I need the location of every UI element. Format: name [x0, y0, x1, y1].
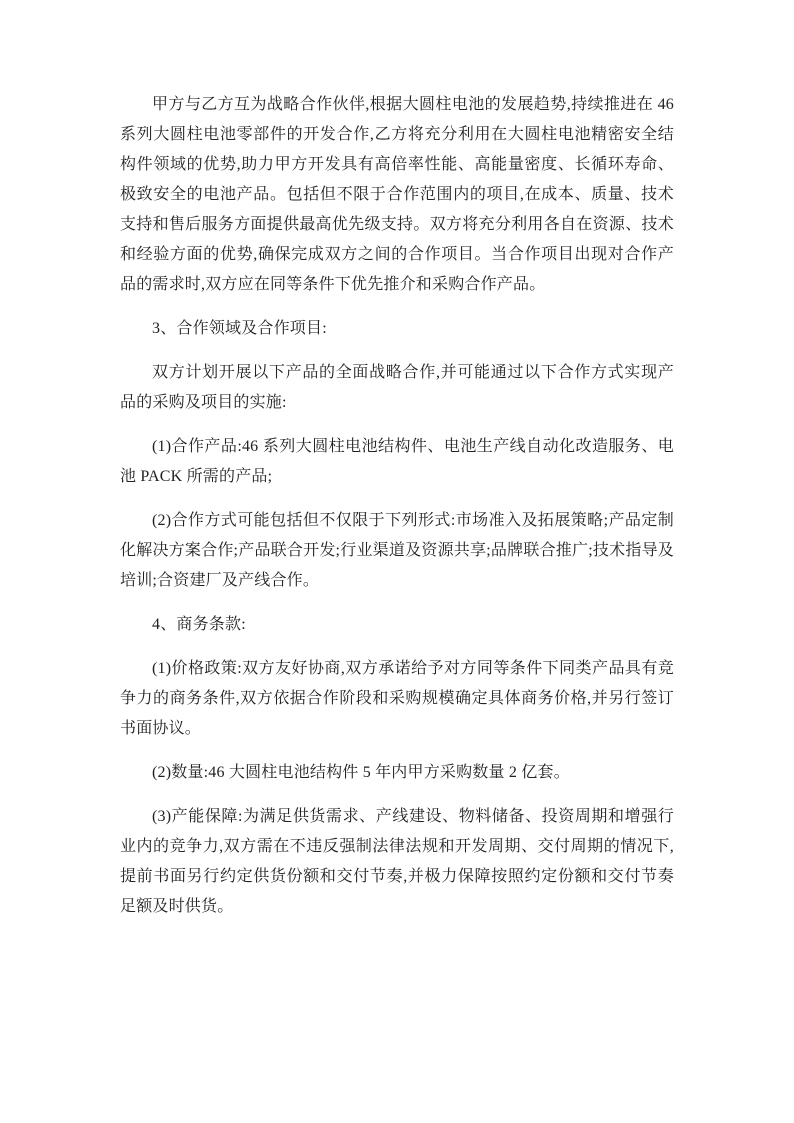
- paragraph-cooperation-plan-intro: 双方计划开展以下产品的全面战略合作,并可能通过以下合作方式实现产品的采购及项目的…: [120, 358, 674, 418]
- list-item-capacity-guarantee: (3)产能保障:为满足供货需求、产线建设、物料储备、投资周期和增强行业内的竞争力…: [120, 802, 674, 922]
- list-item-quantity: (2)数量:46 大圆柱电池结构件 5 年内甲方采购数量 2 亿套。: [120, 758, 674, 788]
- section-heading-commercial-terms: 4、商务条款:: [120, 610, 674, 640]
- document-content: 甲方与乙方互为战略合作伙伴,根据大圆柱电池的发展趋势,持续推进在 46 系列大圆…: [120, 90, 674, 936]
- list-item-cooperation-products: (1)合作产品:46 系列大圆柱电池结构件、电池生产线自动化改造服务、电池 PA…: [120, 432, 674, 492]
- list-item-price-policy: (1)价格政策:双方友好协商,双方承诺给予对方同等条件下同类产品具有竞争力的商务…: [120, 654, 674, 744]
- section-heading-cooperation-areas: 3、合作领域及合作项目:: [120, 314, 674, 344]
- paragraph-strategic-partnership-overview: 甲方与乙方互为战略合作伙伴,根据大圆柱电池的发展趋势,持续推进在 46 系列大圆…: [120, 90, 674, 300]
- document-page: 甲方与乙方互为战略合作伙伴,根据大圆柱电池的发展趋势,持续推进在 46 系列大圆…: [0, 0, 794, 1123]
- list-item-cooperation-methods: (2)合作方式可能包括但不仅限于下列形式:市场准入及拓展策略;产品定制化解决方案…: [120, 506, 674, 596]
